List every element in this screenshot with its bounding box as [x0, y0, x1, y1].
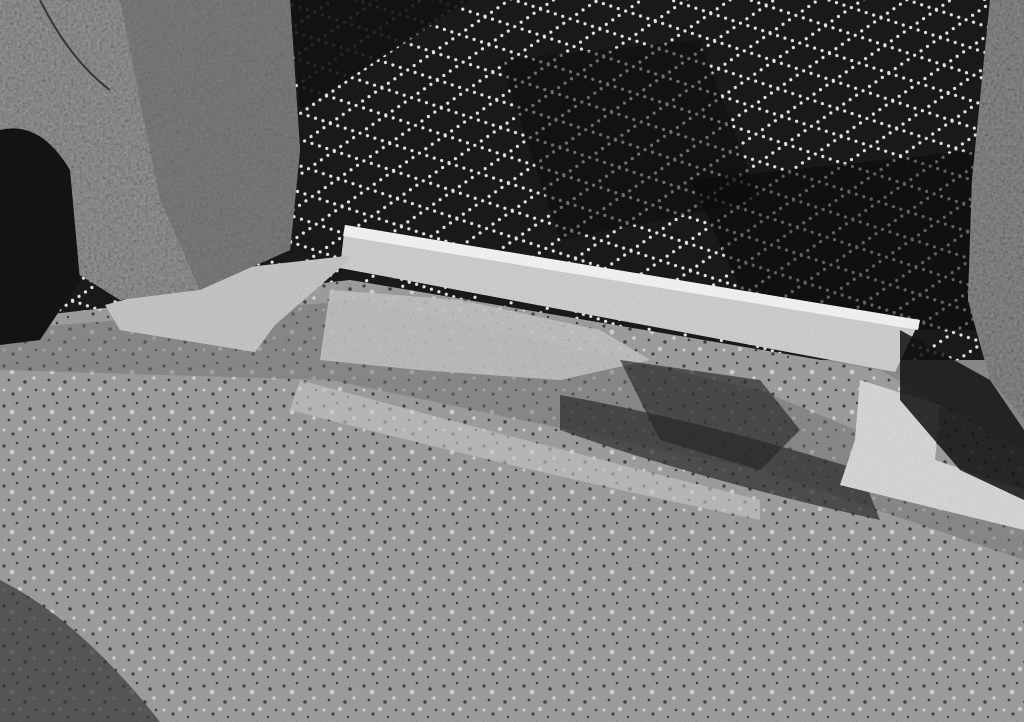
- photo-scene: [0, 0, 1024, 722]
- film-grain-overlay: [0, 0, 1024, 722]
- archival-photo: [0, 0, 1024, 722]
